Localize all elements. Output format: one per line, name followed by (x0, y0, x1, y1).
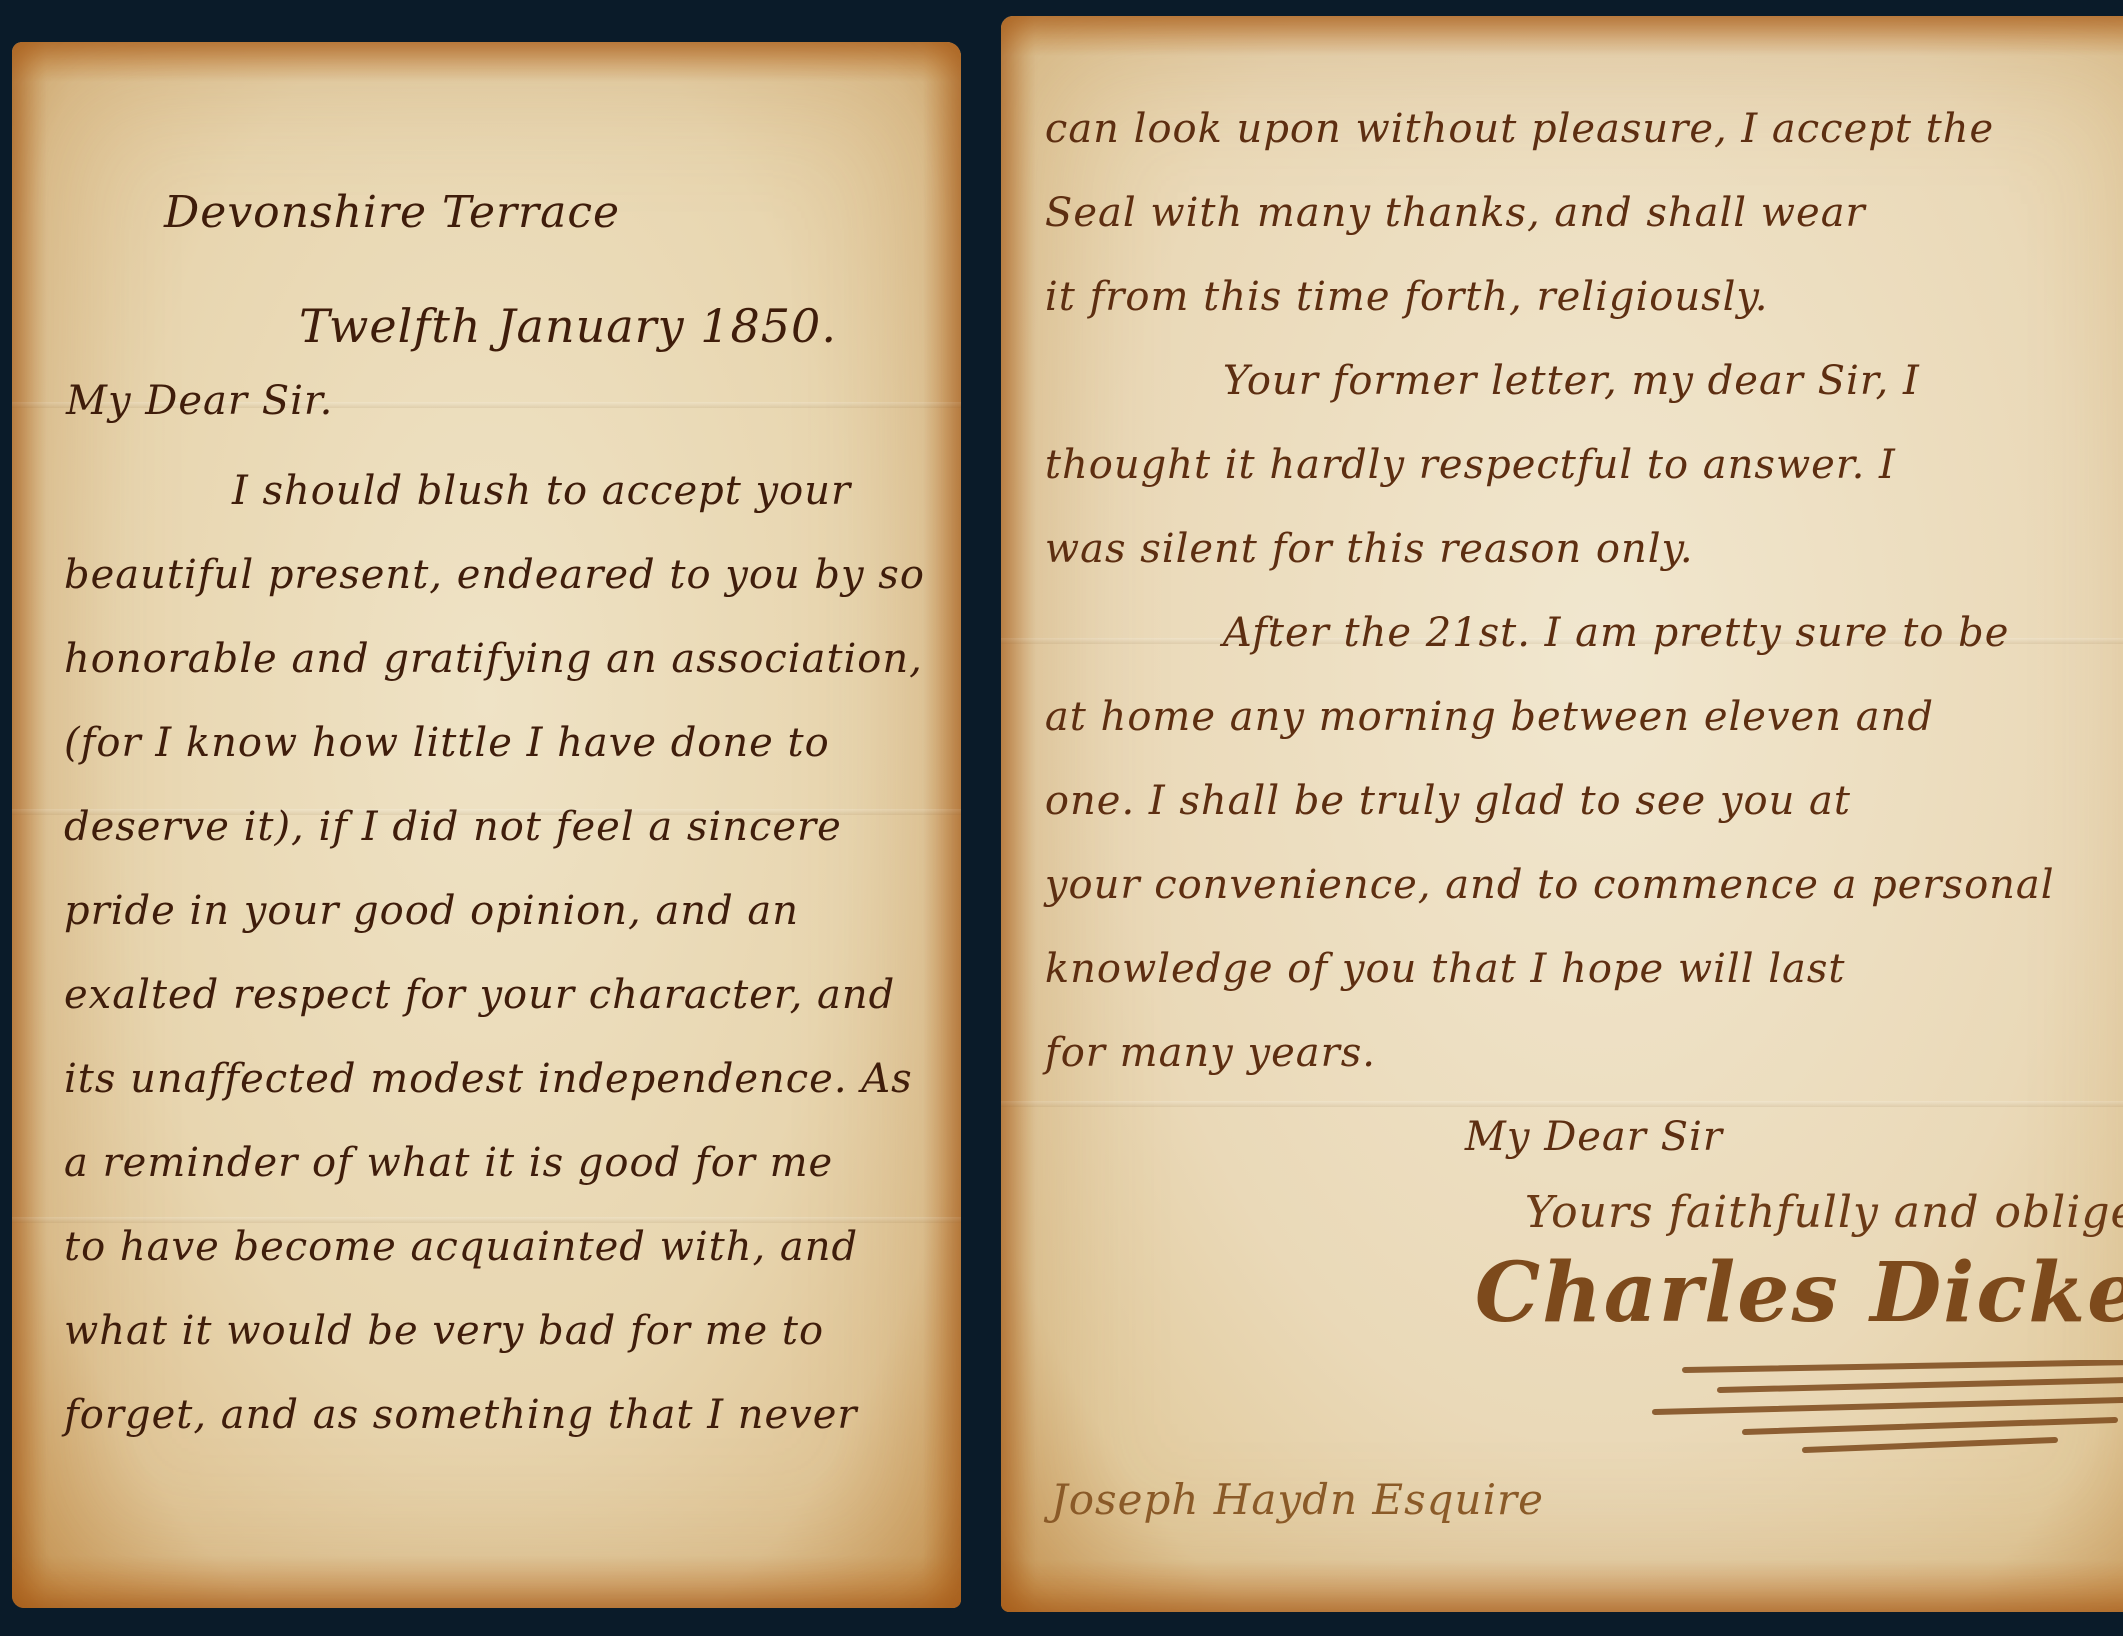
letter-line: its unaffected modest independence. As (64, 1058, 925, 1100)
letter-page-1: Devonshire Terrace Twelfth January 1850.… (12, 42, 961, 1608)
letter-line: beautiful present, endeared to you by so (64, 554, 925, 596)
letter-line: to have become acquainted with, and (64, 1226, 925, 1268)
letter-line: deserve it), if I did not feel a sincere (64, 806, 925, 848)
letter-line: your convenience, and to commence a pers… (1045, 864, 2123, 906)
addressee-line: Joseph Haydn Esquire (1051, 1478, 2123, 1522)
letter-line: knowledge of you that I hope will last (1045, 948, 2123, 990)
letter-line: I should blush to accept your (64, 470, 925, 512)
page-1-text: Devonshire Terrace Twelfth January 1850.… (12, 42, 961, 1436)
letter-line: thought it hardly respectful to answer. … (1045, 444, 2123, 486)
letter-scan: Devonshire Terrace Twelfth January 1850.… (0, 0, 2123, 1636)
letter-line: at home any morning between eleven and (1045, 696, 2123, 738)
letter-line: can look upon without pleasure, I accept… (1045, 108, 2123, 150)
letter-line: (for I know how little I have done to (64, 722, 925, 764)
letter-line: pride in your good opinion, and an (64, 890, 925, 932)
letter-line: honorable and gratifying an association, (64, 638, 925, 680)
signature-block: Charles Dickens (1475, 1250, 2123, 1460)
letter-line: what it would be very bad for me to (64, 1310, 925, 1352)
signature: Charles Dickens (1475, 1250, 2123, 1336)
valediction-line: My Dear Sir (1465, 1116, 2123, 1158)
letter-line: one. I shall be truly glad to see you at (1045, 780, 2123, 822)
salutation-line: My Dear Sir. (66, 380, 925, 422)
letter-line: for many years. (1045, 1032, 2123, 1074)
letter-page-2: can look upon without pleasure, I accept… (1001, 16, 2123, 1612)
letter-line: forget, and as something that I never (64, 1394, 925, 1436)
valediction-line: Yours faithfully and obliged (1525, 1190, 2123, 1236)
letter-line: a reminder of what it is good for me (64, 1142, 925, 1184)
letter-line: exalted respect for your character, and (64, 974, 925, 1016)
scan-panel-left: Devonshire Terrace Twelfth January 1850.… (0, 0, 985, 1636)
address-line: Devonshire Terrace (164, 190, 925, 236)
signature-flourish-icon (1625, 1360, 2123, 1456)
scan-panel-right: can look upon without pleasure, I accept… (985, 0, 2123, 1636)
letter-line: it from this time forth, religiously. (1045, 276, 2123, 318)
page-2-text: can look upon without pleasure, I accept… (1001, 16, 2123, 1522)
date-line: Twelfth January 1850. (299, 302, 925, 350)
letter-line: After the 21st. I am pretty sure to be (1045, 612, 2123, 654)
letter-line: Seal with many thanks, and shall wear (1045, 192, 2123, 234)
letter-line: was silent for this reason only. (1045, 528, 2123, 570)
letter-line: Your former letter, my dear Sir, I (1045, 360, 2123, 402)
